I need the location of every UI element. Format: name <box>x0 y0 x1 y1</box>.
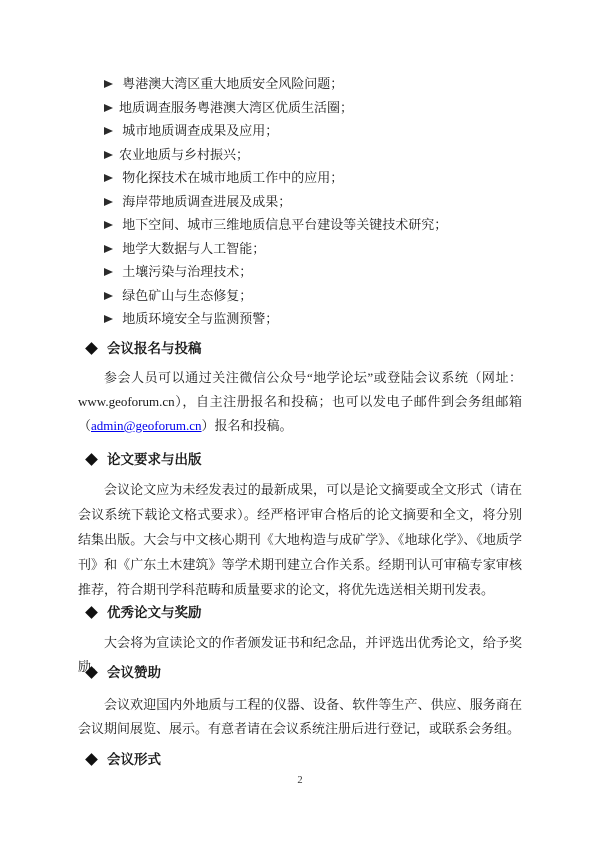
arrow-bullet-icon <box>104 292 113 300</box>
page-number: 2 <box>0 772 600 790</box>
list-item: 地学大数据与人工智能； <box>78 237 522 261</box>
email-link[interactable]: admin@geoforum.cn <box>91 418 202 433</box>
list-item: 地质环境安全与监测预警； <box>78 307 522 331</box>
list-item: 粤港澳大湾区重大地质安全风险问题； <box>78 72 522 96</box>
diamond-icon <box>85 753 98 766</box>
section-heading-registration: 会议报名与投稿 <box>78 337 522 361</box>
topic-text: 地学大数据与人工智能； <box>119 241 265 256</box>
section-heading-paper-requirements: 论文要求与出版 <box>78 448 522 472</box>
list-item: 地下空间、城市三维地质信息平台建设等关键技术研究； <box>78 213 522 237</box>
list-item: 土壤污染与治理技术； <box>78 260 522 284</box>
arrow-bullet-icon <box>104 80 113 88</box>
diamond-icon <box>85 606 98 619</box>
sponsorship-paragraph: 会议欢迎国内外地质与工程的仪器、设备、软件等生产、供应、服务商在会议期间展览、展… <box>78 693 522 741</box>
diamond-icon <box>85 342 98 355</box>
topic-text: 土壤污染与治理技术； <box>119 264 252 279</box>
arrow-bullet-icon <box>104 198 113 206</box>
arrow-bullet-icon <box>104 174 113 182</box>
section-title: 优秀论文与奖励 <box>107 605 202 620</box>
document-page: 粤港澳大湾区重大地质安全风险问题； 地质调查服务粤港澳大湾区优质生活圈； 城市地… <box>0 0 600 848</box>
list-item: 地质调查服务粤港澳大湾区优质生活圈； <box>78 96 522 120</box>
topic-text: 城市地质调查成果及应用； <box>119 123 278 138</box>
arrow-bullet-icon <box>104 151 113 159</box>
list-item: 绿色矿山与生态修复； <box>78 284 522 308</box>
diamond-icon <box>85 666 98 679</box>
topic-text: 地下空间、城市三维地质信息平台建设等关键技术研究； <box>119 217 447 232</box>
diamond-icon <box>85 453 98 466</box>
topic-text: 绿色矿山与生态修复； <box>119 288 252 303</box>
section-title: 会议赞助 <box>107 665 161 680</box>
topic-text: 物化探技术在城市地质工作中的应用； <box>119 170 343 185</box>
registration-paragraph: 参会人员可以通过关注微信公众号“地学论坛”或登陆会议系统（网址：www.geof… <box>78 366 522 438</box>
topic-text: 海岸带地质调查进展及成果； <box>119 194 291 209</box>
topic-text: 粤港澳大湾区重大地质安全风险问题； <box>119 76 343 91</box>
arrow-bullet-icon <box>104 221 113 229</box>
section-heading-sponsorship: 会议赞助 <box>78 661 522 685</box>
arrow-bullet-icon <box>104 315 113 323</box>
topic-text: 农业地质与乡村振兴； <box>119 147 249 162</box>
section-heading-format: 会议形式 <box>78 748 522 772</box>
section-title: 会议报名与投稿 <box>107 341 202 356</box>
section-title: 论文要求与出版 <box>107 452 202 467</box>
arrow-bullet-icon <box>104 127 113 135</box>
arrow-bullet-icon <box>104 245 113 253</box>
topic-list: 粤港澳大湾区重大地质安全风险问题； 地质调查服务粤港澳大湾区优质生活圈； 城市地… <box>78 72 522 331</box>
topic-text: 地质环境安全与监测预警； <box>119 311 278 326</box>
paragraph-text: ）报名和投稿。 <box>202 418 293 433</box>
list-item: 海岸带地质调查进展及成果； <box>78 190 522 214</box>
section-heading-awards: 优秀论文与奖励 <box>78 601 522 625</box>
arrow-bullet-icon <box>104 104 113 112</box>
arrow-bullet-icon <box>104 268 113 276</box>
list-item: 农业地质与乡村振兴； <box>78 143 522 167</box>
list-item: 城市地质调查成果及应用； <box>78 119 522 143</box>
topic-text: 地质调查服务粤港澳大湾区优质生活圈； <box>119 100 353 115</box>
paper-requirements-paragraph: 会议论文应为未经发表过的最新成果，可以是论文摘要或全文形式（请在会议系统下载论文… <box>78 477 522 602</box>
list-item: 物化探技术在城市地质工作中的应用； <box>78 166 522 190</box>
section-title: 会议形式 <box>107 752 161 767</box>
